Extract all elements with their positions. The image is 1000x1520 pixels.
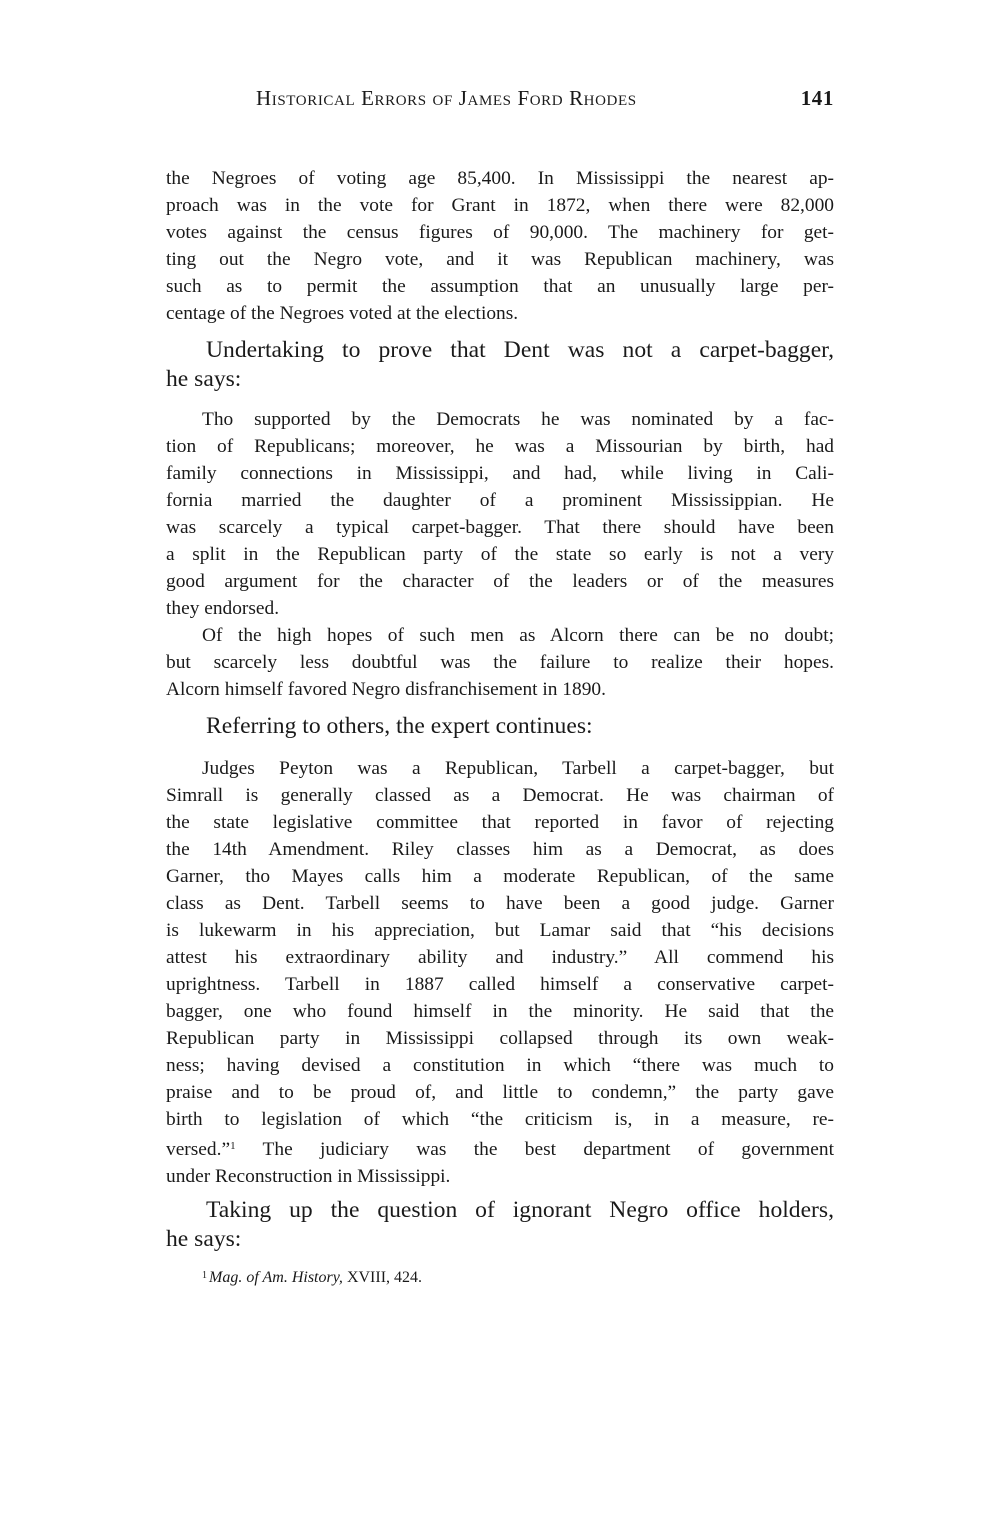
body-paragraph-1: the Negroes of voting age 85,400. In Mis… bbox=[166, 165, 834, 327]
text-line: they endorsed. bbox=[166, 595, 834, 622]
lead-in-1: Undertaking to prove that Dent was not a… bbox=[166, 336, 834, 394]
block-quote-1: Tho supported by the Democrats he was no… bbox=[166, 406, 834, 703]
text-line: was scarcely a typical carpet-bagger. Th… bbox=[166, 514, 834, 541]
text-line: the Negroes of voting age 85,400. In Mis… bbox=[166, 165, 834, 192]
footnote: 1Mag. of Am. History, XVIII, 424. bbox=[202, 1266, 422, 1288]
text-line: good argument for the character of the l… bbox=[166, 568, 834, 595]
footnote-source-title: Mag. of Am. History, bbox=[209, 1269, 343, 1286]
running-head: Historical Errors of James Ford Rhodes 1… bbox=[256, 86, 834, 116]
text-line: is lukewarm in his appreciation, but Lam… bbox=[166, 917, 834, 944]
text-fragment: The judiciary was the best department of… bbox=[236, 1139, 834, 1160]
lead-line: Referring to others, the expert continue… bbox=[166, 712, 834, 741]
text-line: Tho supported by the Democrats he was no… bbox=[166, 406, 834, 433]
text-line: class as Dent. Tarbell seems to have bee… bbox=[166, 890, 834, 917]
lead-line: Undertaking to prove that Dent was not a… bbox=[166, 336, 834, 365]
text-line: but scarcely less doubtful was the failu… bbox=[166, 649, 834, 676]
text-line: praise and to be proud of, and little to… bbox=[166, 1079, 834, 1106]
text-line: under Reconstruction in Mississippi. bbox=[166, 1163, 834, 1190]
text-line: Republican party in Mississippi collapse… bbox=[166, 1025, 834, 1052]
text-line: votes against the census figures of 90,0… bbox=[166, 219, 834, 246]
text-line: a split in the Republican party of the s… bbox=[166, 541, 834, 568]
text-line: versed.”1 The judiciary was the best dep… bbox=[166, 1133, 834, 1163]
text-line: tion of Republicans; moreover, he was a … bbox=[166, 433, 834, 460]
footnote-number: 1 bbox=[202, 1270, 207, 1281]
page-number: 141 bbox=[801, 86, 834, 111]
lead-in-3: Taking up the question of ignorant Negro… bbox=[166, 1196, 834, 1254]
text-line: ness; having devised a constitution in w… bbox=[166, 1052, 834, 1079]
text-line: Garner, tho Mayes calls him a moderate R… bbox=[166, 863, 834, 890]
lead-in-2: Referring to others, the expert continue… bbox=[166, 712, 834, 741]
text-line: centage of the Negroes voted at the elec… bbox=[166, 300, 834, 327]
text-line: family connections in Mississippi, and h… bbox=[166, 460, 834, 487]
text-line: fornia married the daughter of a promine… bbox=[166, 487, 834, 514]
text-line: birth to legislation of which “the criti… bbox=[166, 1106, 834, 1133]
running-head-title: Historical Errors of James Ford Rhodes bbox=[256, 86, 637, 111]
text-line: the state legislative committee that rep… bbox=[166, 809, 834, 836]
text-line: the 14th Amendment. Riley classes him as… bbox=[166, 836, 834, 863]
text-line: attest his extraordinary ability and ind… bbox=[166, 944, 834, 971]
text-line: uprightness. Tarbell in 1887 called hims… bbox=[166, 971, 834, 998]
block-quote-2: Judges Peyton was a Republican, Tarbell … bbox=[166, 755, 834, 1190]
text-line: Of the high hopes of such men as Alcorn … bbox=[166, 622, 834, 649]
text-line: proach was in the vote for Grant in 1872… bbox=[166, 192, 834, 219]
footnote-source-detail: XVIII, 424. bbox=[343, 1269, 422, 1286]
text-line: Alcorn himself favored Negro disfranchis… bbox=[166, 676, 834, 703]
text-line: such as to permit the assumption that an… bbox=[166, 273, 834, 300]
text-line: Simrall is generally classed as a Democr… bbox=[166, 782, 834, 809]
lead-line: he says: bbox=[166, 365, 834, 394]
text-line: Judges Peyton was a Republican, Tarbell … bbox=[166, 755, 834, 782]
lead-line: Taking up the question of ignorant Negro… bbox=[166, 1196, 834, 1225]
lead-line: he says: bbox=[166, 1225, 834, 1254]
text-line: ting out the Negro vote, and it was Repu… bbox=[166, 246, 834, 273]
text-line: bagger, one who found himself in the min… bbox=[166, 998, 834, 1025]
text-fragment: versed.” bbox=[166, 1139, 230, 1160]
